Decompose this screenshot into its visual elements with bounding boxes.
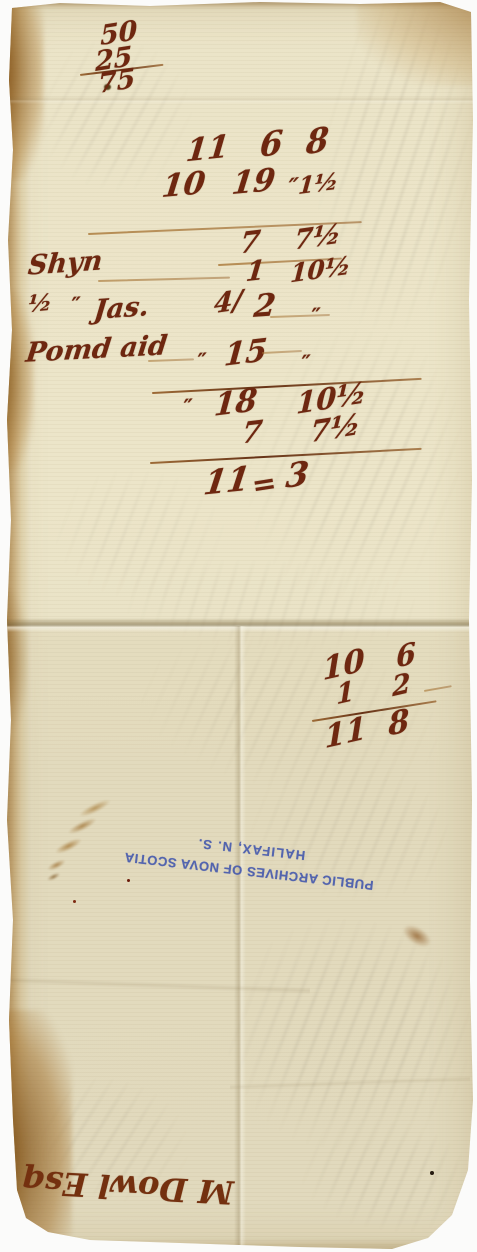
handwritten-number: 3 [285, 456, 311, 492]
ink-dash-line [148, 358, 194, 361]
ink-rule [152, 378, 422, 394]
handwritten-number: 7½ [293, 220, 342, 254]
stain-top-edge [0, 0, 477, 9]
handwritten-number: 2 [392, 670, 411, 702]
handwritten-number: 8 [388, 705, 410, 742]
handwritten-number: 8 [305, 122, 330, 160]
handwritten-number: 7½ [309, 410, 361, 448]
ink-speck [127, 879, 130, 882]
manuscript-paper: 50 25 75 11 6 8 10 19 ″1½ 7 7½ Shyn 1 10… [0, 0, 477, 1252]
handwritten-fraction: ½ [27, 291, 53, 316]
handwritten-number: ″1½ [287, 170, 339, 200]
ink-speck [73, 900, 76, 903]
stain-top-right-corner [357, 0, 477, 86]
equals-sign: = [250, 468, 279, 500]
ditto-mark: ″ [71, 294, 82, 316]
ink-dash-line [98, 277, 230, 282]
handwritten-number: 1 [336, 678, 355, 710]
handwritten-number: 75 [98, 65, 136, 98]
handwritten-item-label: Jas. [93, 293, 151, 324]
bleed-through-ghost [230, 315, 477, 615]
ink-speck [430, 1171, 434, 1175]
handwritten-number: 11 [324, 713, 367, 754]
ink-rule [150, 448, 422, 464]
handwritten-number: 7 [238, 226, 262, 258]
handwritten-number: 19 [230, 165, 277, 200]
handwritten-number: 10 [160, 168, 207, 203]
ditto-mark: ″ [311, 305, 322, 327]
ditto-mark: ″ [183, 396, 194, 418]
handwritten-item-label: Shyn [27, 247, 104, 279]
handwritten-number: 7 [240, 416, 264, 448]
handwritten-number: 1 [245, 257, 267, 286]
handwritten-number: 10½ [289, 253, 351, 287]
ink-dash-line [262, 350, 302, 354]
handwritten-number: 11 [184, 131, 230, 167]
fold-crease-horizontal-top [0, 96, 477, 104]
ditto-mark: ″ [301, 352, 312, 374]
handwritten-number: 6 [259, 125, 284, 162]
handwritten-item-label: Pomd aid [24, 332, 168, 367]
water-stain-top-left [0, 0, 44, 180]
handwritten-number: 2 [252, 290, 277, 323]
handwritten-number: 11 [202, 461, 252, 499]
address-signature: M Dowl Esq [20, 1147, 235, 1228]
handwritten-rate: 4/ [213, 287, 243, 319]
ditto-mark: ″ [197, 350, 208, 372]
